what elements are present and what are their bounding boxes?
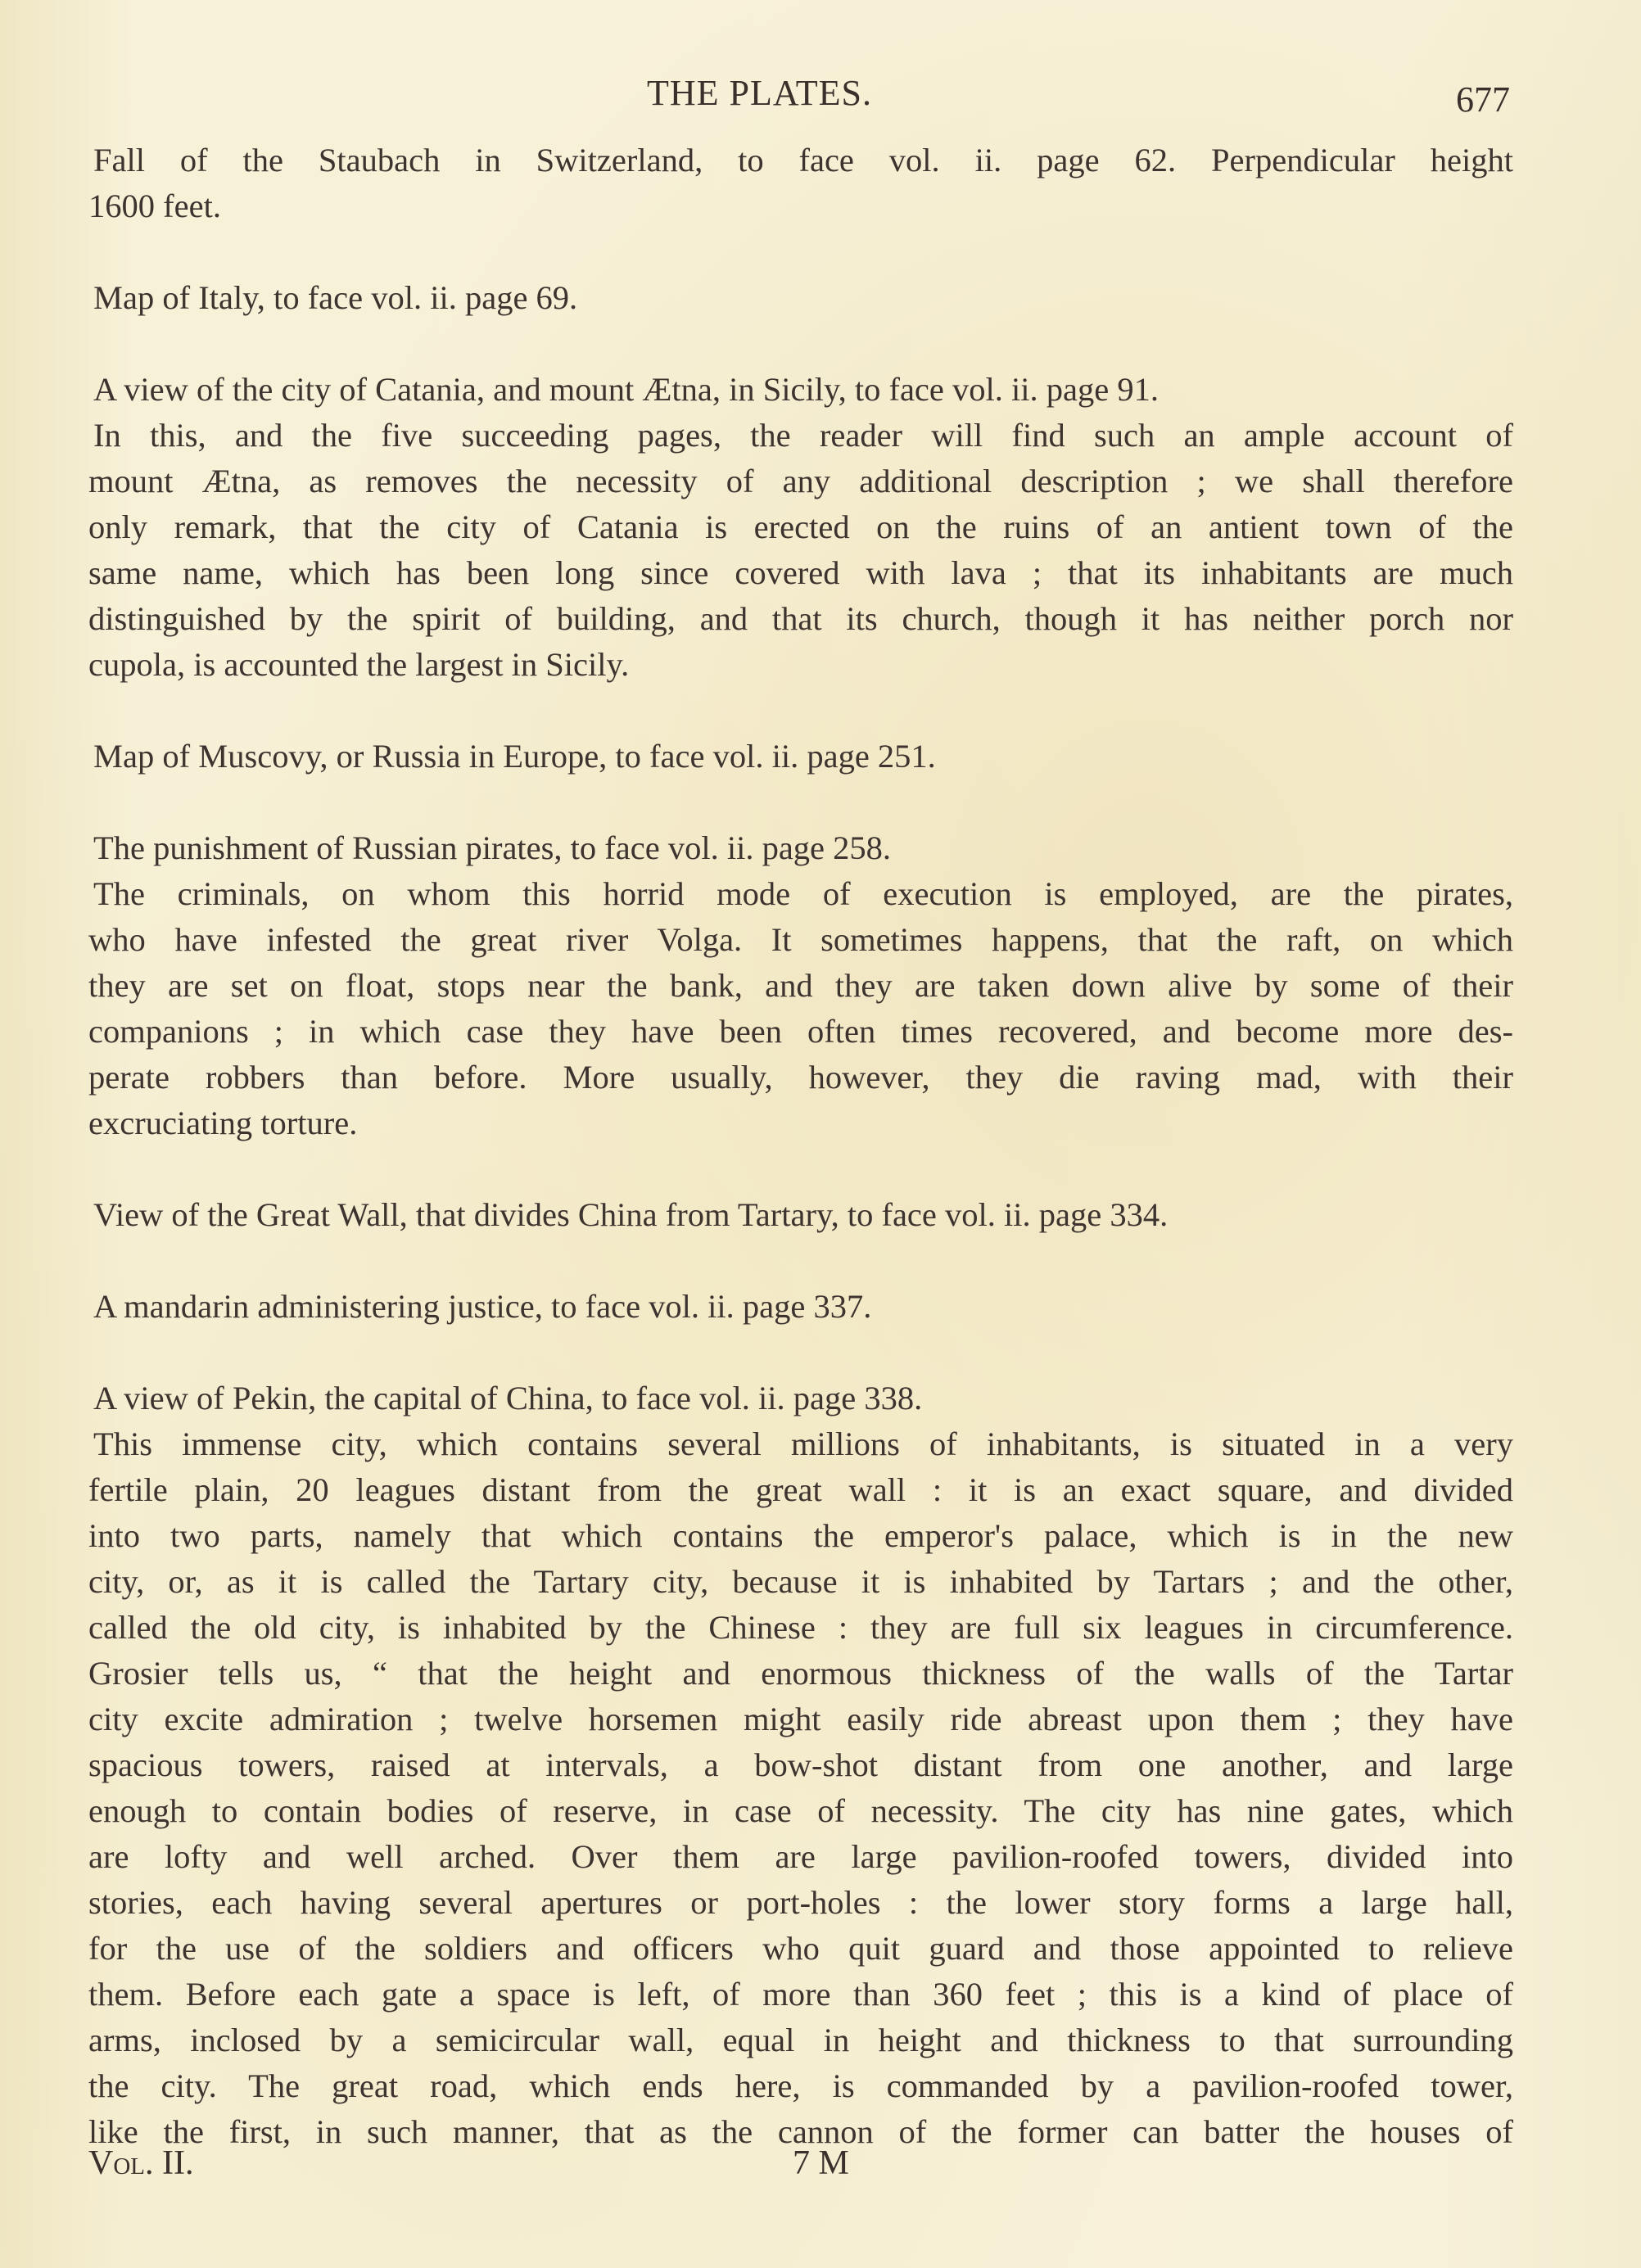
entry-line: In this, and the five succeeding pages, … xyxy=(92,413,1513,459)
spacer xyxy=(92,1238,1513,1284)
plate-entry-pekin: A view of Pekin, the capital of China, t… xyxy=(92,1376,1513,2155)
entry-line: same name, which has been long since cov… xyxy=(88,550,1513,596)
volume-label: Vol. II. xyxy=(88,2144,193,2183)
entry-line: only remark, that the city of Catania is… xyxy=(88,504,1513,550)
page-footer: Vol. II. 7 M xyxy=(0,2144,1641,2193)
entry-line: cupola, is accounted the largest in Sici… xyxy=(88,642,1513,688)
entry-line: perate robbers than before. More usually… xyxy=(88,1055,1513,1100)
running-title: THE PLATES. xyxy=(647,72,872,114)
plate-entry-muscovy: Map of Muscovy, or Russia in Europe, to … xyxy=(92,734,1513,779)
signature-mark: 7 M xyxy=(793,2144,849,2183)
entry-line: Map of Italy, to face vol. ii. page 69. xyxy=(92,275,1513,321)
entry-line: are lofty and well arched. Over them are… xyxy=(88,1834,1513,1880)
entry-line: View of the Great Wall, that divides Chi… xyxy=(92,1192,1513,1238)
spacer xyxy=(92,321,1513,367)
plate-entry-mandarin: A mandarin administering justice, to fac… xyxy=(92,1284,1513,1330)
entry-line: called the old city, is inhabited by the… xyxy=(88,1605,1513,1651)
entry-line: A mandarin administering justice, to fac… xyxy=(92,1284,1513,1330)
entry-line: The criminals, on whom this horrid mode … xyxy=(92,871,1513,917)
entry-line: Fall of the Staubach in Switzerland, to … xyxy=(92,138,1513,183)
entry-line: city excite admiration ; twelve horsemen… xyxy=(88,1696,1513,1742)
spacer xyxy=(92,229,1513,275)
entry-line: Grosier tells us, “ that the height and … xyxy=(88,1651,1513,1696)
entry-line: them. Before each gate a space is left, … xyxy=(88,1972,1513,2017)
entry-line: into two parts, namely that which contai… xyxy=(88,1513,1513,1559)
entry-line: spacious towers, raised at intervals, a … xyxy=(88,1742,1513,1788)
page-number: 677 xyxy=(1456,79,1510,120)
plate-entry-italy: Map of Italy, to face vol. ii. page 69. xyxy=(92,275,1513,321)
spacer xyxy=(92,779,1513,825)
spacer xyxy=(92,1146,1513,1192)
entry-line: the city. The great road, which ends her… xyxy=(88,2063,1513,2109)
plate-entry-staubach: Fall of the Staubach in Switzerland, to … xyxy=(92,138,1513,229)
entry-line: stories, each having several apertures o… xyxy=(88,1880,1513,1926)
plate-entry-russian-pirates: The punishment of Russian pirates, to fa… xyxy=(92,825,1513,1146)
entry-line: companions ; in which case they have bee… xyxy=(88,1009,1513,1055)
spacer xyxy=(92,688,1513,734)
entry-line: 1600 feet. xyxy=(88,183,1513,229)
entry-line: enough to contain bodies of reserve, in … xyxy=(88,1788,1513,1834)
entry-line: fertile plain, 20 leagues distant from t… xyxy=(88,1467,1513,1513)
book-page: THE PLATES. 677 Fall of the Staubach in … xyxy=(0,0,1641,2268)
spacer xyxy=(92,1330,1513,1376)
entry-line: who have infested the great river Volga.… xyxy=(88,917,1513,963)
plate-entry-catania: A view of the city of Catania, and mount… xyxy=(92,367,1513,688)
entry-line: excruciating torture. xyxy=(88,1100,1513,1146)
entry-line: for the use of the soldiers and officers… xyxy=(88,1926,1513,1972)
entry-line: A view of Pekin, the capital of China, t… xyxy=(92,1376,1513,1421)
entry-line: they are set on float, stops near the ba… xyxy=(88,963,1513,1009)
entry-line: The punishment of Russian pirates, to fa… xyxy=(92,825,1513,871)
entry-line: mount Ætna, as removes the necessity of … xyxy=(88,459,1513,504)
entry-line: A view of the city of Catania, and mount… xyxy=(92,367,1513,413)
entry-line: arms, inclosed by a semicircular wall, e… xyxy=(88,2017,1513,2063)
plate-entry-great-wall: View of the Great Wall, that divides Chi… xyxy=(92,1192,1513,1238)
entry-line: city, or, as it is called the Tartary ci… xyxy=(88,1559,1513,1605)
entry-line: This immense city, which contains severa… xyxy=(92,1421,1513,1467)
body-text: Fall of the Staubach in Switzerland, to … xyxy=(92,138,1513,2155)
entry-line: Map of Muscovy, or Russia in Europe, to … xyxy=(92,734,1513,779)
entry-line: distinguished by the spirit of building,… xyxy=(88,596,1513,642)
running-head: THE PLATES. 677 xyxy=(0,72,1641,121)
